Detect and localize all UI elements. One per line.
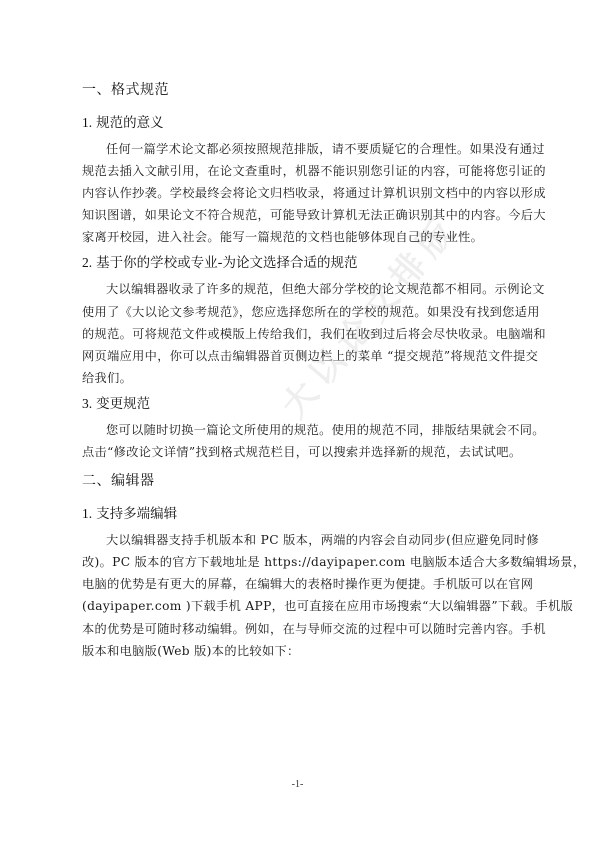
text-line: 任何一篇学术论文都必须按照规范排版，请不要质疑它的合理性。如果没有通过: [82, 138, 512, 160]
text-line: 改)。PC 版本的官方下载地址是 https://dayipaper.com 电…: [82, 551, 512, 573]
text-line: 电脑的优势是有更大的屏幕，在编辑大的表格时操作更为便捷。手机版可以在官网: [82, 573, 512, 595]
paragraph-multi-device: 大以编辑器支持手机版本和 PC 版本，两端的内容会自动同步(但应避免同时修 改)…: [82, 529, 512, 662]
text-line: 大以编辑器收录了许多的规范，但绝大部分学校的论文规范都不相同。示例论文: [82, 278, 512, 300]
text-line: 规范去插入文献引用，在论文查重时，机器不能识别您引证的内容，可能将您引证的: [82, 160, 512, 182]
text-line: 知识图谱，如果论文不符合规范，可能导致计算机无法正确识别其中的内容。今后大: [82, 204, 512, 226]
document-body: 一、格式规范 1.规范的意义 任何一篇学术论文都必须按照规范排版，请不要质疑它的…: [82, 72, 512, 662]
subsection-number: 2.: [82, 255, 92, 270]
section-heading-format-spec: 一、格式规范: [82, 72, 512, 108]
text-line: 本的优势是可随时移动编辑。例如，在与导师交流的过程中可以随时完善内容。手机: [82, 618, 512, 640]
paragraph-choose-spec: 大以编辑器收录了许多的规范，但绝大部分学校的论文规范都不相同。示例论文 使用了《…: [82, 278, 512, 388]
subsection-number: 1.: [82, 506, 92, 521]
text-line: 家离开校园，进入社会。能写一篇规范的文档也能够体现自己的专业性。: [82, 226, 512, 248]
subsection-number: 3.: [82, 396, 92, 411]
subsection-title: 变更规范: [96, 396, 150, 412]
text-line: 使用了《大以论文参考规范》，您应选择您所在的学校的规范。如果没有找到您适用: [82, 301, 512, 323]
text-line: 内容认作抄袭。学校最终会将论文归档收录，将通过计算机识别文档中的内容以形成: [82, 182, 512, 204]
subsection-heading-meaning: 1.规范的意义: [82, 108, 512, 138]
text-line: 网页端应用中，你可以点击编辑器首页侧边栏上的菜单 “提交规范”将规范文件提交: [82, 345, 512, 367]
text-line: 大以编辑器支持手机版本和 PC 版本，两端的内容会自动同步(但应避免同时修: [82, 529, 512, 551]
text-line: (dayipaper.com )下载手机 APP，也可直接在应用市场搜索“大以编…: [82, 595, 512, 617]
paragraph-meaning: 任何一篇学术论文都必须按照规范排版，请不要质疑它的合理性。如果没有通过 规范去插…: [82, 138, 512, 248]
subsection-heading-multi-device: 1.支持多端编辑: [82, 499, 512, 529]
subsection-title: 规范的意义: [96, 115, 164, 131]
text-line: 的规范。可将规范文件或模版上传给我们，我们在收到过后将会尽快收录。电脑端和: [82, 323, 512, 345]
paragraph-change-spec: 您可以随时切换一篇论文所使用的规范。使用的规范不同，排版结果就会不同。 点击“修…: [82, 419, 512, 463]
text-line: 给我们。: [82, 367, 512, 389]
page-number: -1-: [0, 779, 595, 790]
subsection-title: 支持多端编辑: [96, 506, 177, 522]
text-line: 版本和电脑版(Web 版)本的比较如下：: [82, 640, 512, 662]
subsection-number: 1.: [82, 115, 92, 130]
section-heading-editor: 二、编辑器: [82, 463, 512, 499]
subsection-title: 基于你的学校或专业-为论文选择合适的规范: [96, 255, 357, 271]
subsection-heading-change-spec: 3.变更规范: [82, 389, 512, 419]
text-line: 您可以随时切换一篇论文所使用的规范。使用的规范不同，排版结果就会不同。: [82, 419, 512, 441]
document-page: 大以论文排版 一、格式规范 1.规范的意义 任何一篇学术论文都必须按照规范排版，…: [0, 0, 595, 842]
text-line: 点击“修改论文详情”找到格式规范栏目，可以搜索并选择新的规范，去试试吧。: [82, 441, 512, 463]
subsection-heading-choose-spec: 2.基于你的学校或专业-为论文选择合适的规范: [82, 248, 512, 278]
